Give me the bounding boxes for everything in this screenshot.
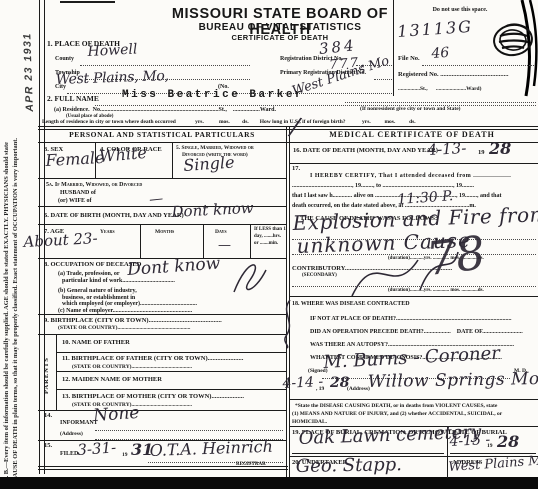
- filed-num: 15.: [44, 442, 52, 449]
- no-space-note: Do not use this space.: [400, 7, 520, 14]
- full-name-label: 2. FULL NAME: [47, 95, 99, 103]
- death-certificate-scan: N. B.—Every item of information should b…: [0, 0, 538, 489]
- age-less-line1: If LESS than 1: [254, 227, 286, 233]
- mother-birthplace-label: 13. BIRTHPLACE OF MOTHER (CITY OR TOWN).…: [62, 393, 244, 400]
- birthplace-state-label: (STATE OR COUNTRY)......................…: [58, 325, 190, 331]
- rule-after-mother: [56, 389, 286, 390]
- dob-value: Dont know: [171, 199, 254, 221]
- dod-year-value: 28: [489, 139, 511, 158]
- undertaker-value: Geo. Stapp.: [296, 454, 402, 477]
- margin-note: N. B.—Every item of information should b…: [3, 16, 20, 482]
- married-label: 5a. If Married, Widowed, or Divorced: [46, 182, 142, 189]
- date-of-death-value: 4-13-: [427, 139, 467, 159]
- registrar-label: REGISTRAR: [236, 462, 266, 468]
- informant-num: 14.: [44, 412, 52, 419]
- age-less-line3: or .......min.: [254, 241, 278, 247]
- city-value: West Plains, Mo,: [55, 68, 169, 88]
- doc-title: CERTIFICATE OF DEATH: [140, 33, 420, 42]
- age-years-label: Years: [100, 229, 115, 235]
- personal-header: PERSONAL AND STATISTICAL PARTICULARS: [38, 131, 286, 139]
- contributory-ink-loops: [340, 238, 460, 302]
- scan-black-band: [0, 477, 538, 489]
- file-no-dots: [422, 64, 534, 66]
- rule-after-dod: [289, 163, 538, 164]
- informant-dots: [95, 429, 283, 431]
- occupation-ink-flourish: [228, 250, 270, 298]
- occ-b-line3: which employed (or employer)............…: [62, 301, 197, 308]
- scan-artifact-top: [60, 1, 115, 3]
- burial-date-value: 4-15 -: [449, 432, 490, 450]
- item-17: 17.: [292, 165, 300, 172]
- secondary-label: (SECONDARY): [302, 273, 337, 279]
- primary-district-dots: [374, 78, 392, 80]
- birthplace-label: 9. BIRTHPLACE (CITY OR TOWN)............…: [44, 317, 222, 324]
- full-name-dots: [95, 104, 536, 106]
- divider-ink-squiggle: [278, 298, 298, 350]
- footnote-line2: (1) MEANS AND NATURE OF INJURY, and (2) …: [292, 411, 502, 417]
- county-dots: [80, 64, 250, 66]
- informant-address-label: (Address): [60, 431, 83, 437]
- occ-a-line1: (a) Trade, profession, or: [58, 271, 120, 278]
- date-of-death-label: 16. DATE OF DEATH (MONTH, DAY AND YEAR): [293, 147, 438, 154]
- father-name-label: 10. NAME OF FATHER: [62, 339, 130, 346]
- file-no-value: 46: [431, 45, 450, 62]
- parents-cell-divider: [56, 334, 57, 410]
- footnote-line1: *State the DISEASE CAUSING DEATH, or in …: [295, 403, 497, 409]
- full-name-value: Miss Beatrice Barker: [122, 89, 304, 101]
- father-birthplace-state: (STATE OR COUNTRY)......................…: [72, 364, 192, 370]
- informant-value: None: [93, 403, 140, 426]
- operation-label: DID AN OPERATION PRECEDE DEATH?.........…: [310, 329, 523, 336]
- cert-address-value: Willow Springs Mo,: [368, 369, 538, 392]
- county-value: Howell: [87, 41, 138, 60]
- parents-vertical-label: PARENTS: [43, 357, 50, 394]
- dod-year-printed: 19: [478, 149, 485, 156]
- q18b-label: IF NOT AT PLACE OF DEATH?...............…: [310, 316, 511, 323]
- rule-after-sex-row: [38, 178, 286, 179]
- footnote-line3: HOMICIDAL.: [292, 419, 327, 425]
- rule-after-signature: [289, 399, 538, 400]
- husband-label: HUSBAND of: [60, 190, 96, 197]
- certify-line1: I HEREBY CERTIFY, That I attended deceas…: [310, 173, 511, 180]
- registrar-signature: O.T.A. Heinrich: [149, 437, 273, 460]
- cert-year-printed: , 19: [316, 386, 324, 392]
- age-div2: [203, 224, 204, 258]
- registered-no-label: Registered No. .........................…: [398, 71, 509, 78]
- registration-district-value: 384: [318, 36, 357, 58]
- age-days-label: Days: [215, 229, 227, 235]
- rule-after-father: [56, 352, 286, 353]
- father-birthplace-label: 11. BIRTHPLACE OF FATHER (CITY OR TOWN).…: [62, 355, 243, 362]
- age-less-line2: day, .......hrs.: [254, 234, 281, 240]
- burial-year-printed: 19: [487, 443, 493, 449]
- rule-after-father-bp: [56, 371, 286, 372]
- rule-after-occupation: [38, 314, 286, 315]
- received-date-stamp: APR 23 1931: [21, 32, 36, 112]
- q18-label: 18. WHERE WAS DISEASE CONTRACTED: [292, 301, 410, 308]
- marital-label-1: 5. Single, Married, Widowed or: [176, 145, 254, 151]
- age-months-label: Months: [155, 229, 174, 235]
- rule-after-birthplace: [38, 334, 286, 335]
- margin-note-line1: N. B.—Every item of information should b…: [3, 16, 12, 482]
- margin-note-line2: CAUSE OF DEATH in plain terms, so that i…: [12, 16, 21, 482]
- race-marital-divider: [172, 142, 173, 178]
- dob-label: 6. DATE OF BIRTH (MONTH, DAY AND YEAR): [44, 212, 184, 219]
- serial-number-handwritten: 13113G: [397, 17, 474, 41]
- filed-date-value: 3-31-: [77, 438, 117, 459]
- st-ward-line: ................St., ...................…: [398, 86, 481, 92]
- rule-after-parents: [38, 410, 286, 411]
- sex-value: Female: [45, 148, 105, 170]
- rule-after-dob: [38, 224, 286, 225]
- filed-label: FILED: [60, 451, 78, 458]
- nonresident-note: (If nonresident give city or town and St…: [360, 106, 460, 112]
- length-of-residence-row: Length of residence in city or town wher…: [42, 119, 416, 125]
- cert-address-label: (Address): [347, 386, 370, 392]
- wife-label: (or) WIFE of: [58, 198, 92, 205]
- seal-stamp-scribble: [490, 16, 536, 64]
- filed-year-printed: 19: [122, 452, 128, 458]
- file-no-label: File No.: [398, 55, 420, 62]
- occ-a-line2: particular kind of work.................…: [62, 278, 175, 285]
- residence-right-dots: [345, 101, 536, 103]
- informant-label: INFORMANT: [60, 420, 98, 427]
- age-div1: [140, 224, 141, 258]
- age-value: About 23-: [23, 229, 98, 251]
- mother-name-label: 12. MAIDEN NAME OF MOTHER: [62, 376, 162, 383]
- marital-value: Single: [183, 152, 235, 175]
- race-value: White: [98, 143, 147, 166]
- rule-after-contributory: [289, 296, 538, 297]
- burial-year-value: 28: [497, 432, 519, 451]
- bureau-title: BUREAU OF VITAL STATISTICS: [140, 22, 420, 33]
- county-label: County: [55, 56, 74, 63]
